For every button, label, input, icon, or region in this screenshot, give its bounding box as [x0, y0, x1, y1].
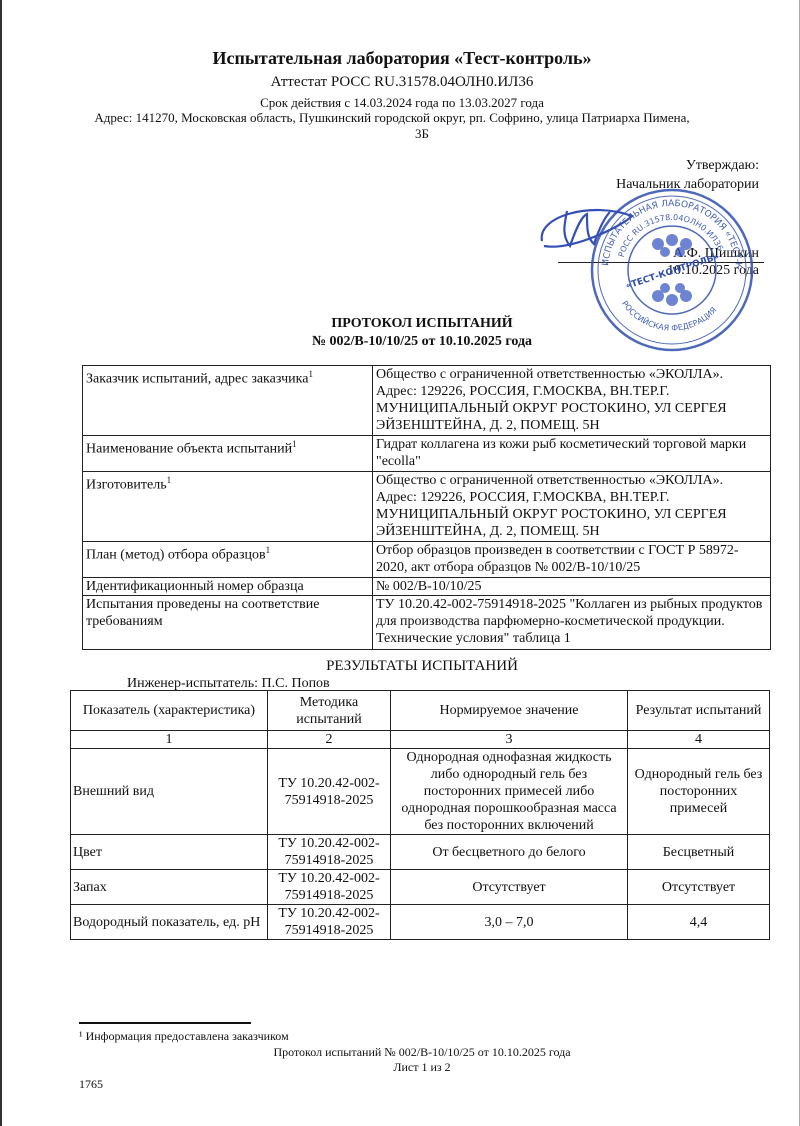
info-label: Изготовитель1 [83, 472, 373, 542]
column-header: Нормируемое значение [391, 691, 628, 731]
column-number: 1 [71, 731, 268, 749]
table-row: Водородный показатель, ед. pH ТУ 10.20.4… [71, 905, 770, 940]
protocol-reference: Протокол испытаний № 002/В-10/10/25 от 1… [172, 1045, 672, 1060]
table-row: Заказчик испытаний, адрес заказчика1 Общ… [83, 366, 771, 436]
norm: 3,0 – 7,0 [391, 905, 628, 940]
address-line-1: Адрес: 141270, Московская область, Пушки… [0, 110, 792, 126]
info-label: Идентификационный номер образца [83, 578, 373, 596]
approve-label: Утверждаю: [686, 158, 759, 174]
document-code: 1765 [79, 1077, 103, 1092]
column-number: 2 [268, 731, 391, 749]
address-line-2: 3Б [22, 126, 800, 142]
method: ТУ 10.20.42-002-75914918-2025 [268, 905, 391, 940]
info-value: Отбор образцов произведен в соответствии… [373, 542, 771, 578]
svg-text:«ТЕСТ-КОНТРОЛЬ»: «ТЕСТ-КОНТРОЛЬ» [625, 252, 721, 292]
info-value: Гидрат коллагена из кожи рыб косметическ… [373, 436, 771, 472]
column-number: 3 [391, 731, 628, 749]
table-row: Запах ТУ 10.20.42-002-75914918-2025 Отсу… [71, 870, 770, 905]
table-row: Внешний вид ТУ 10.20.42-002-75914918-202… [71, 749, 770, 835]
column-header: Результат испытаний [628, 691, 770, 731]
indicator: Внешний вид [71, 749, 268, 835]
sheet-number: Лист 1 из 2 [172, 1060, 672, 1075]
result: 4,4 [628, 905, 770, 940]
table-row: Наименование объекта испытаний1 Гидрат к… [83, 436, 771, 472]
info-table: Заказчик испытаний, адрес заказчика1 Общ… [82, 365, 771, 650]
method: ТУ 10.20.42-002-75914918-2025 [268, 835, 391, 870]
norm: Однородная однофазная жидкость либо одно… [391, 749, 628, 835]
column-header: Методика испытаний [268, 691, 391, 731]
info-label: Испытания проведены на соответствие треб… [83, 596, 373, 650]
info-label: Заказчик испытаний, адрес заказчика1 [83, 366, 373, 436]
info-value: № 002/В-10/10/25 [373, 578, 771, 596]
table-row: Испытания проведены на соответствие треб… [83, 596, 771, 650]
lab-name: Испытательная лаборатория «Тест-контроль… [2, 48, 800, 69]
indicator: Водородный показатель, ед. pH [71, 905, 268, 940]
protocol-title: ПРОТОКОЛ ИСПЫТАНИЙ [2, 316, 800, 332]
attestat: Аттестат РОСС RU.31578.04ОЛН0.ИЛ36 [2, 74, 800, 91]
column-number-row: 1 2 3 4 [71, 731, 770, 749]
indicator: Запах [71, 870, 268, 905]
footnote: ¹ Информация предоставлена заказчиком [79, 1029, 289, 1044]
info-value: Общество с ограниченной ответственностью… [373, 472, 771, 542]
indicator: Цвет [71, 835, 268, 870]
table-row: Цвет ТУ 10.20.42-002-75914918-2025 От бе… [71, 835, 770, 870]
info-value: Общество с ограниченной ответственностью… [373, 366, 771, 436]
norm: Отсутствует [391, 870, 628, 905]
results-title: РЕЗУЛЬТАТЫ ИСПЫТАНИЙ [2, 658, 800, 675]
method: ТУ 10.20.42-002-75914918-2025 [268, 749, 391, 835]
method: ТУ 10.20.42-002-75914918-2025 [268, 870, 391, 905]
column-header: Показатель (характеристика) [71, 691, 268, 731]
table-header-row: Показатель (характеристика) Методика исп… [71, 691, 770, 731]
info-label: План (метод) отбора образцов1 [83, 542, 373, 578]
results-table: Показатель (характеристика) Методика исп… [70, 690, 770, 940]
protocol-number: № 002/В-10/10/25 от 10.10.2025 года [2, 334, 800, 350]
footnote-divider [79, 1022, 251, 1024]
table-row: Изготовитель1 Общество с ограниченной от… [83, 472, 771, 542]
result: Однородный гель без посторонних примесей [628, 749, 770, 835]
result: Отсутствует [628, 870, 770, 905]
validity: Срок действия с 14.03.2024 года по 13.03… [2, 95, 800, 111]
table-row: План (метод) отбора образцов1 Отбор обра… [83, 542, 771, 578]
column-number: 4 [628, 731, 770, 749]
info-label: Наименование объекта испытаний1 [83, 436, 373, 472]
info-value: ТУ 10.20.42-002-75914918-2025 "Коллаген … [373, 596, 771, 650]
result: Бесцветный [628, 835, 770, 870]
norm: От бесцветного до белого [391, 835, 628, 870]
table-row: Идентификационный номер образца № 002/В-… [83, 578, 771, 596]
